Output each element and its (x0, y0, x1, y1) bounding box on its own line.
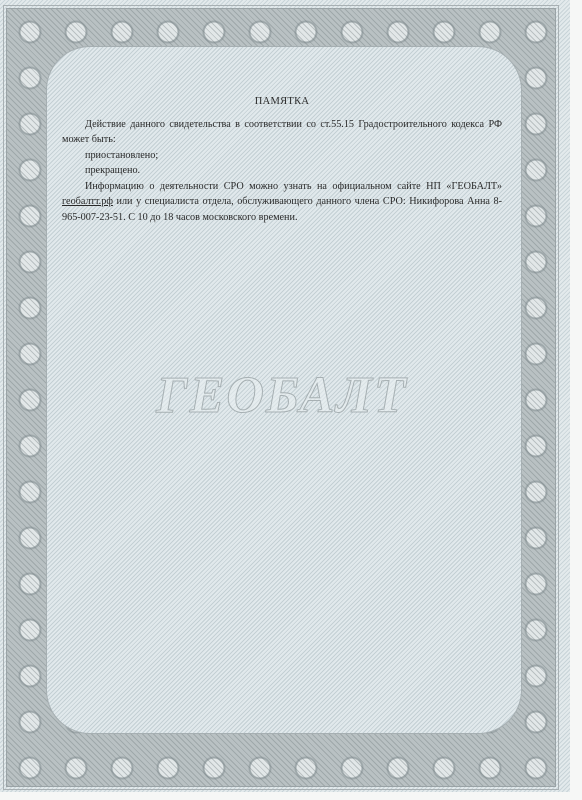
list-item-suspended: приостановлено; (62, 148, 502, 164)
contact-text-start: Информацию о деятельности СРО можно узна… (85, 181, 502, 192)
page-edge-bottom (0, 792, 582, 800)
website-link[interactable]: геобалтт.рф (62, 196, 113, 207)
watermark-logo: ГЕОБАЛТ (152, 366, 412, 425)
list-item-terminated: прекращено. (62, 163, 502, 179)
paragraph-validity: Действие данного свидетельства в соответ… (62, 117, 502, 148)
contact-text-end: или у специалиста отдела, обслуживающего… (62, 196, 502, 223)
page-edge-right (570, 0, 582, 800)
document-title: ПАМЯТКА (62, 94, 502, 110)
document-body: ПАМЯТКА Действие данного свидетельства в… (62, 94, 502, 225)
paragraph-contact: Информацию о деятельности СРО можно узна… (62, 179, 502, 226)
